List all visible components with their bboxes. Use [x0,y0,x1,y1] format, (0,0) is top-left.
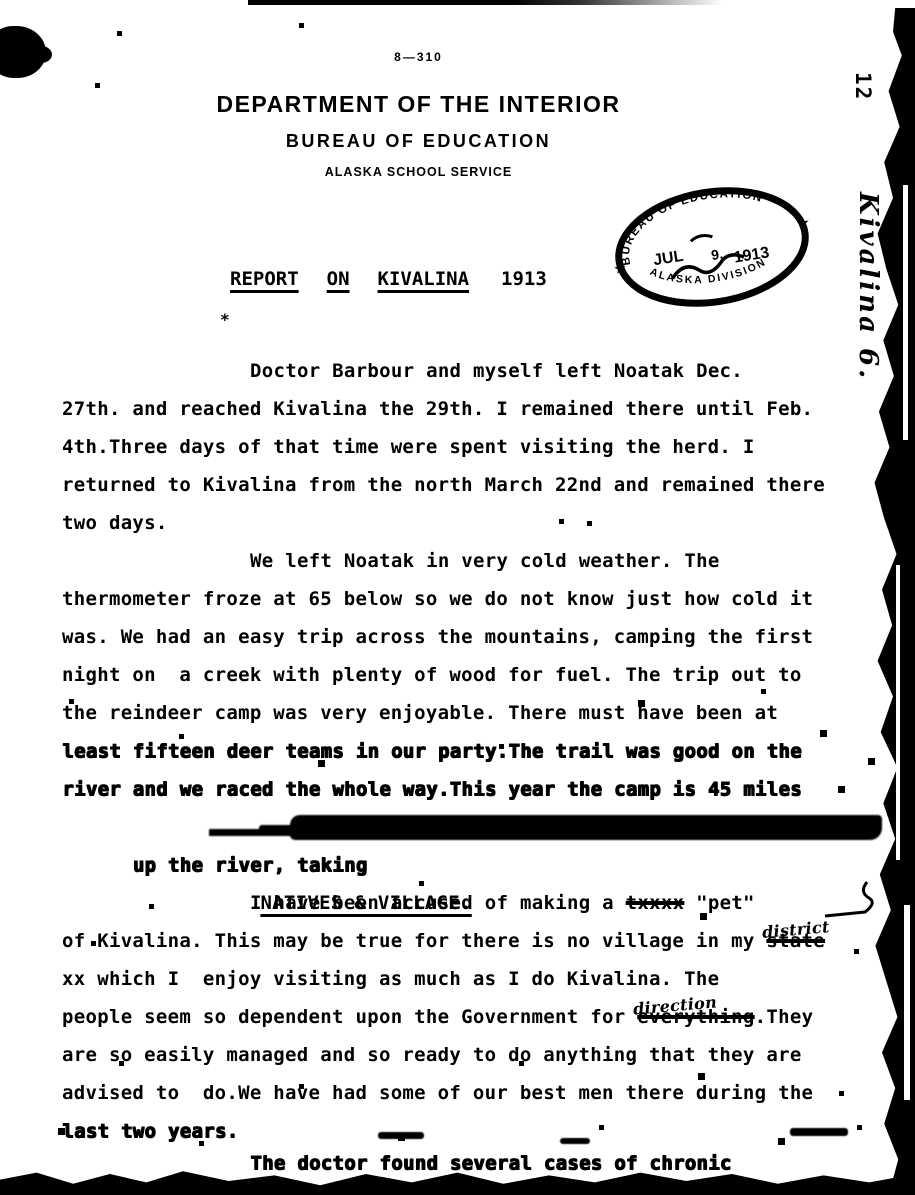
typed-line: the reindeer camp was very enjoyable. Th… [62,694,872,732]
scan-edge-artifact-top [248,0,723,5]
title-word: ON [327,268,350,290]
section-heading: NATIVES & VILLAGE. [62,846,872,884]
scan-noise-artifact [378,1132,424,1139]
typed-text: people seem so dependent upon the Govern… [62,1006,637,1028]
scan-speckles-artifact [0,0,3,3]
typed-line: xx which I enjoy visiting as much as I d… [62,960,872,998]
typed-line: two days. [62,504,872,542]
typed-text: "pet" [684,892,754,914]
form-number: 8—310 [0,50,837,64]
stamp-star-right-icon: ★ [796,215,810,232]
ink-smear-artifact [290,815,882,840]
report-title: REPORTONKIVALINA1913 [230,268,547,290]
typed-line: advised to do.We have had some of our be… [62,1074,872,1112]
typed-line-smeared: up the river, taking [62,808,872,846]
letterhead: 8—310 DEPARTMENT OF THE INTERIOR BUREAU … [0,50,837,179]
struck-out-word: everythingdirection [637,1006,754,1028]
scan-edge-gap [896,565,900,860]
typed-line: We left Noatak in very cold weather. The [62,542,872,580]
typed-line: returned to Kivalina from the north Marc… [62,466,872,504]
stamp-scribble [690,234,712,241]
stray-mark: * [220,310,230,329]
typed-line: are so easily managed and so ready to do… [62,1036,872,1074]
typed-line: of Kivalina. This may be true for there … [62,922,872,960]
scan-noise-artifact [790,1128,848,1136]
scanned-document-page: 8—310 DEPARTMENT OF THE INTERIOR BUREAU … [0,0,915,1195]
typed-text: of Kivalina. This may be true for there … [62,930,766,952]
title-year: 1913 [501,268,547,290]
title-word: KIVALINA [378,268,470,290]
received-date-stamp: BUREAU OF EDUCATION ALASKA DIVISION JUL … [606,180,818,314]
struck-out-word: txxxx [626,892,685,914]
scan-noise-artifact [560,1138,590,1144]
typed-text: .They [755,1006,814,1028]
report-body: Doctor Barbour and myself left Noatak De… [62,352,872,1182]
typed-line: least fifteen deer teams in our party.Th… [62,732,872,770]
typed-line: river and we raced the whole way.This ye… [62,770,872,808]
typed-line: I have been accused of making a txxxx "p… [62,884,872,922]
service-heading: ALASKA SCHOOL SERVICE [0,165,837,179]
typed-line: Doctor Barbour and myself left Noatak De… [62,352,872,390]
scan-edge-gap [903,185,908,440]
typed-line: people seem so dependent upon the Govern… [62,998,872,1036]
title-word: REPORT [230,268,299,290]
typed-text: I have been accused of making a [250,892,626,914]
margin-scribble [815,878,875,928]
stamp-month: JUL [652,248,685,270]
scan-edge-gap [904,905,910,1100]
department-heading: DEPARTMENT OF THE INTERIOR [0,91,837,118]
typed-line: night on a creek with plenty of wood for… [62,656,872,694]
bureau-heading: BUREAU OF EDUCATION [0,131,837,152]
typed-line: was. We had an easy trip across the moun… [62,618,872,656]
typed-line: 27th. and reached Kivalina the 29th. I r… [62,390,872,428]
typed-line: 4th.Three days of that time were spent v… [62,428,872,466]
handwritten-correction: direction [632,983,719,1028]
margin-page-number: 12 [851,72,875,101]
struck-out-word: statedistrict [766,930,825,952]
typed-line: thermometer froze at 65 below so we do n… [62,580,872,618]
